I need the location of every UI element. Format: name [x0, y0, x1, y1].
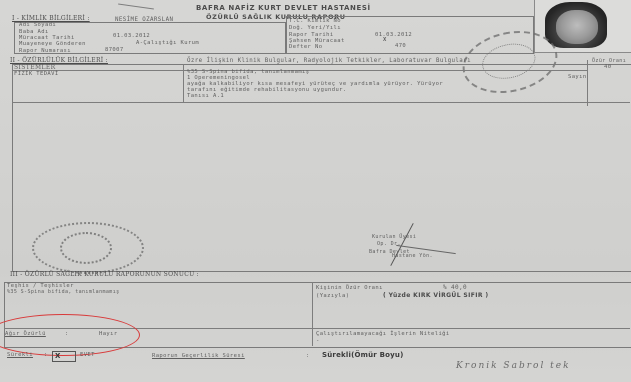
book-no-value: 470: [395, 43, 406, 49]
section1-title: I - KİMLİK BİLGİLERİ :: [12, 15, 90, 22]
validity-value: Sürekli(Ömür Boyu): [322, 351, 404, 359]
rate-column-divider: [587, 60, 588, 106]
section2-row-line: [12, 102, 630, 103]
systems-value: FİZİK TEDAVİ: [14, 71, 59, 77]
permanent-value: EVET: [80, 352, 95, 358]
report-number-label: Rapor Numarası: [19, 48, 71, 54]
permanent-label: Sürekli: [7, 352, 33, 358]
findings-column-divider: [183, 64, 184, 103]
personal-application-value: X: [383, 37, 387, 43]
in-words-label: (Yazıyla): [316, 293, 349, 299]
referred-by-value: A-Çalıştığı Kurum: [136, 40, 199, 46]
birth-label: Doğ. Yeri/Yılı: [289, 25, 341, 31]
tc-label: T.C. Kimlik No: [289, 18, 341, 24]
signature-line-1: Kurulan Üyesi: [372, 234, 416, 240]
admission-date-value: 01.03.2012: [113, 33, 150, 39]
in-words-value: ( Yüzde KIRK VİRGÜL SIFIR ): [383, 292, 489, 299]
systems-header: SİSTEMLER: [14, 64, 56, 71]
diagnosis-value: %35 S-Spina bifida, tanımlanmamış: [7, 289, 120, 295]
referred-by-label: Muayeneye Gönderen: [19, 41, 86, 47]
name-label: Adı Soyadı: [19, 22, 56, 28]
permanent-checkbox[interactable]: X: [52, 351, 76, 362]
name-value: NESİME OZARSLAN: [115, 17, 173, 23]
book-no-label: Defter No: [289, 44, 322, 50]
section2-title: II - ÖZÜRLÜLÜK BİLGİLERİ :: [10, 57, 108, 64]
highlight-annotation-ellipse: [0, 314, 140, 356]
person-rate-value: % 40,0: [443, 284, 467, 291]
findings-line-5: Tanısı A.1: [187, 93, 224, 99]
cannot-work-label: Çalıştırılamayacağı İşlerin Niteliği: [316, 331, 450, 337]
cannot-work-value: -: [316, 338, 320, 344]
handwritten-note: Kronik Sabrol tek: [456, 361, 571, 371]
validity-label: Raporun Geçerlilik Süresi: [152, 353, 245, 359]
photo-face: [556, 10, 598, 44]
section3-divider: [312, 282, 313, 346]
pen-mark: [118, 3, 154, 9]
person-rate-label: Kişinin Özür Oranı: [316, 285, 383, 291]
rate-value: 40: [604, 64, 611, 70]
signature-line-4: Hastane Yön.: [392, 253, 433, 259]
findings-header: Özre İlişkin Klinik Bulgular, Radyolojik…: [187, 58, 471, 64]
official-stamp-bottom: [32, 222, 144, 274]
report-date-value: 01.03.2012: [375, 32, 412, 38]
hospital-name: BAFRA NAFİZ KURT DEVLET HASTANESİ: [196, 4, 371, 12]
findings-extra-note: Sayın: [568, 74, 587, 80]
section3-title: III - ÖZÜRLÜ SAĞLIK KURULU RAPORUNUN SON…: [10, 271, 199, 278]
report-paper: BAFRA NAFİZ KURT DEVLET HASTANESİ ÖZÜRLÜ…: [0, 0, 631, 382]
report-number-value: 87007: [105, 47, 124, 53]
